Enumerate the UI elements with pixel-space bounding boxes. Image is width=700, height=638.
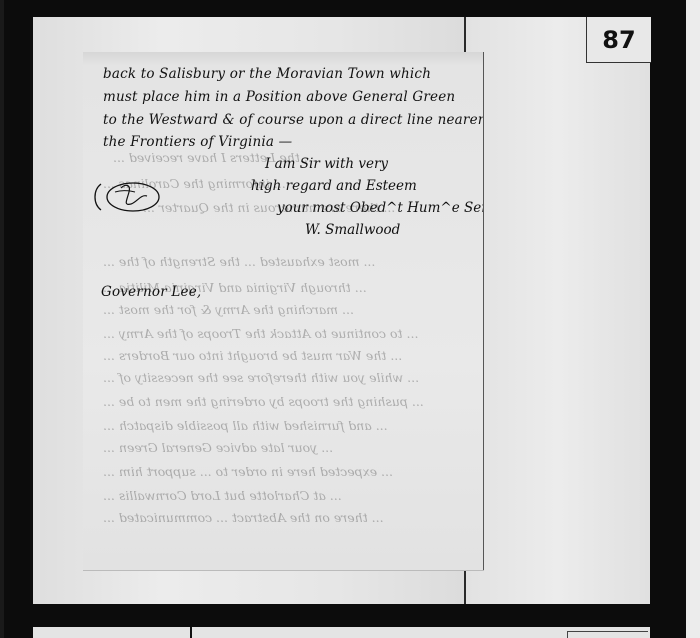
- letter-body-line: to the Westward & of course upon a direc…: [103, 112, 484, 128]
- next-frame-number-box: [567, 631, 648, 638]
- copy-flourish-icon: [91, 178, 171, 214]
- bleed-through-line: ... expected here in order to ... suppor…: [103, 464, 393, 479]
- frame-number: 87: [602, 26, 635, 54]
- next-frame-divider: [190, 627, 192, 638]
- bleed-through-line: ... at Charlotte but Lord Cornwallis ...: [103, 488, 342, 503]
- bleed-through-line: ... most exhausted ... the Strength of t…: [103, 254, 375, 269]
- letter-body-line: the Frontiers of Virginia —: [103, 134, 292, 150]
- letter-body-line: must place him in a Position above Gener…: [103, 89, 455, 105]
- film-left-edge: [0, 0, 4, 638]
- film-right-margin: [686, 0, 700, 638]
- bleed-through-line: ... while you with therefore see the nec…: [103, 370, 419, 385]
- next-frame-edge: [33, 627, 650, 638]
- right-page: [466, 17, 650, 604]
- bleed-through-line: ... your late advice General Green ...: [103, 440, 333, 455]
- bleed-through-line: ... the War must be brought into our Bor…: [103, 348, 402, 363]
- bleed-through-line: ... to continue to Attack the Troops of …: [103, 326, 418, 341]
- frame-number-box: 87: [586, 17, 651, 63]
- closing-line: high regard and Esteem: [251, 178, 417, 194]
- closing-line: your most Obed^t Hum^e Serv^t: [277, 200, 484, 216]
- letter-body-line: back to Salisbury or the Moravian Town w…: [103, 66, 431, 82]
- signature: W. Smallwood: [305, 222, 400, 238]
- bleed-through-line: ... pushing the troops by ordering the m…: [103, 394, 424, 409]
- addressee: Governor Lee,: [101, 284, 201, 300]
- bleed-through-line: ... marching the Army & for the most ...: [103, 302, 354, 317]
- bleed-through-line: ... there on the Abstract ... communicat…: [103, 510, 384, 525]
- bleed-through-line: ... and furnished with all possible disp…: [103, 418, 388, 433]
- closing-line: I am Sir with very: [265, 156, 388, 172]
- letter-sheet: ... the Letters I have received ... ... …: [83, 52, 484, 570]
